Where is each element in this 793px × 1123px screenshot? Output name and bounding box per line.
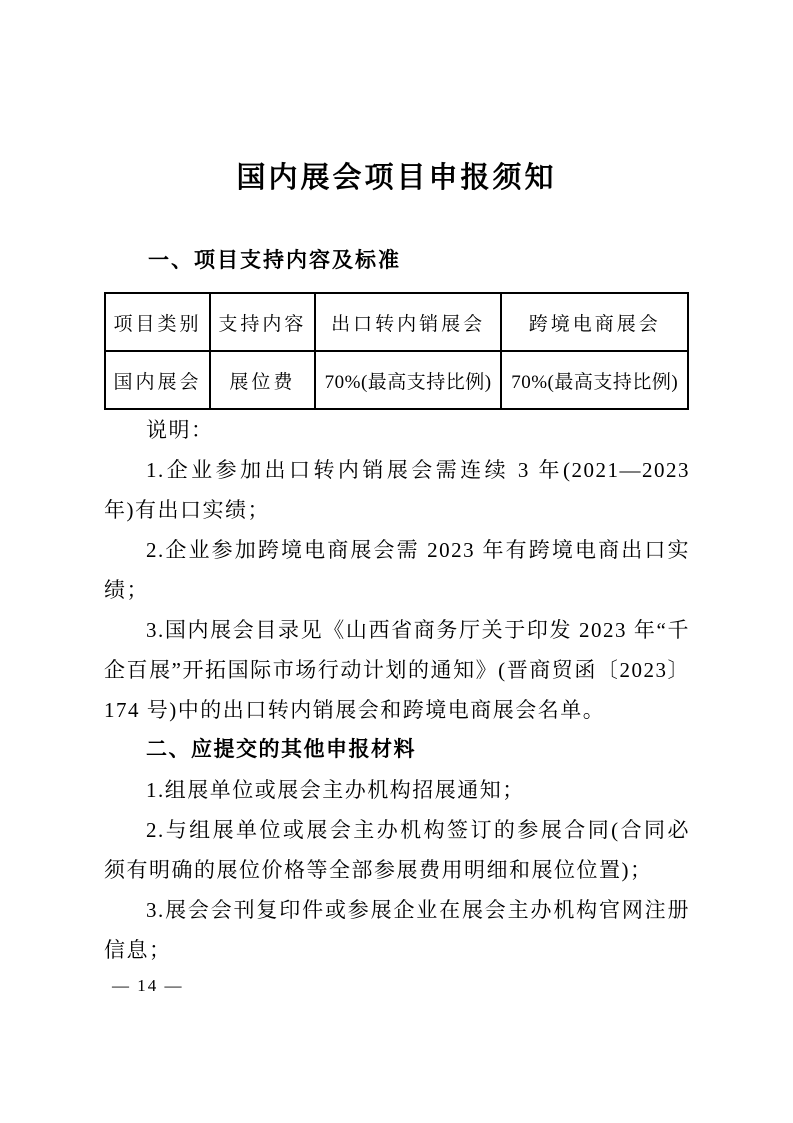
notes-label: 说明： xyxy=(104,410,690,450)
material-item-3: 3.展会会刊复印件或参展企业在展会主办机构官网注册信息； xyxy=(104,890,690,970)
section1-heading: 一、项目支持内容及标准 xyxy=(148,244,401,274)
table-header-row: 项目类别 支持内容 出口转内销展会 跨境电商展会 xyxy=(105,293,688,351)
table-header-project-category: 项目类别 xyxy=(105,293,210,351)
material-item-2: 2.与组展单位或展会主办机构签订的参展合同(合同必须有明确的展位价格等全部参展费… xyxy=(104,810,690,890)
table-header-export-to-domestic-exhibition: 出口转内销展会 xyxy=(315,293,502,351)
table-header-cross-border-ecommerce-exhibition: 跨境电商展会 xyxy=(501,293,688,351)
cell-export-to-domestic-ratio: 70%(最高支持比例) xyxy=(315,351,502,409)
cell-project-category: 国内展会 xyxy=(105,351,210,409)
page-number: — 14 — xyxy=(112,976,184,996)
document-body: 说明： 1.企业参加出口转内销展会需连续 3 年(2021—2023 年)有出口… xyxy=(104,410,690,970)
cell-cross-border-ratio: 70%(最高支持比例) xyxy=(501,351,688,409)
cell-support-content: 展位费 xyxy=(210,351,315,409)
note-item-1: 1.企业参加出口转内销展会需连续 3 年(2021—2023 年)有出口实绩； xyxy=(104,450,690,530)
document-title: 国内展会项目申报须知 xyxy=(0,155,793,196)
material-item-1: 1.组展单位或展会主办机构招展通知； xyxy=(104,770,690,810)
note-item-3: 3.国内展会目录见《山西省商务厅关于印发 2023 年“千企百展”开拓国际市场行… xyxy=(104,610,690,730)
note-item-2: 2.企业参加跨境电商展会需 2023 年有跨境电商出口实绩； xyxy=(104,530,690,610)
support-standards-table: 项目类别 支持内容 出口转内销展会 跨境电商展会 国内展会 展位费 70%(最高… xyxy=(104,292,689,410)
section2-heading: 二、应提交的其他申报材料 xyxy=(104,730,690,770)
table-row: 国内展会 展位费 70%(最高支持比例) 70%(最高支持比例) xyxy=(105,351,688,409)
table-header-support-content: 支持内容 xyxy=(210,293,315,351)
document-page: 国内展会项目申报须知 一、项目支持内容及标准 项目类别 支持内容 出口转内销展会… xyxy=(0,0,793,1123)
